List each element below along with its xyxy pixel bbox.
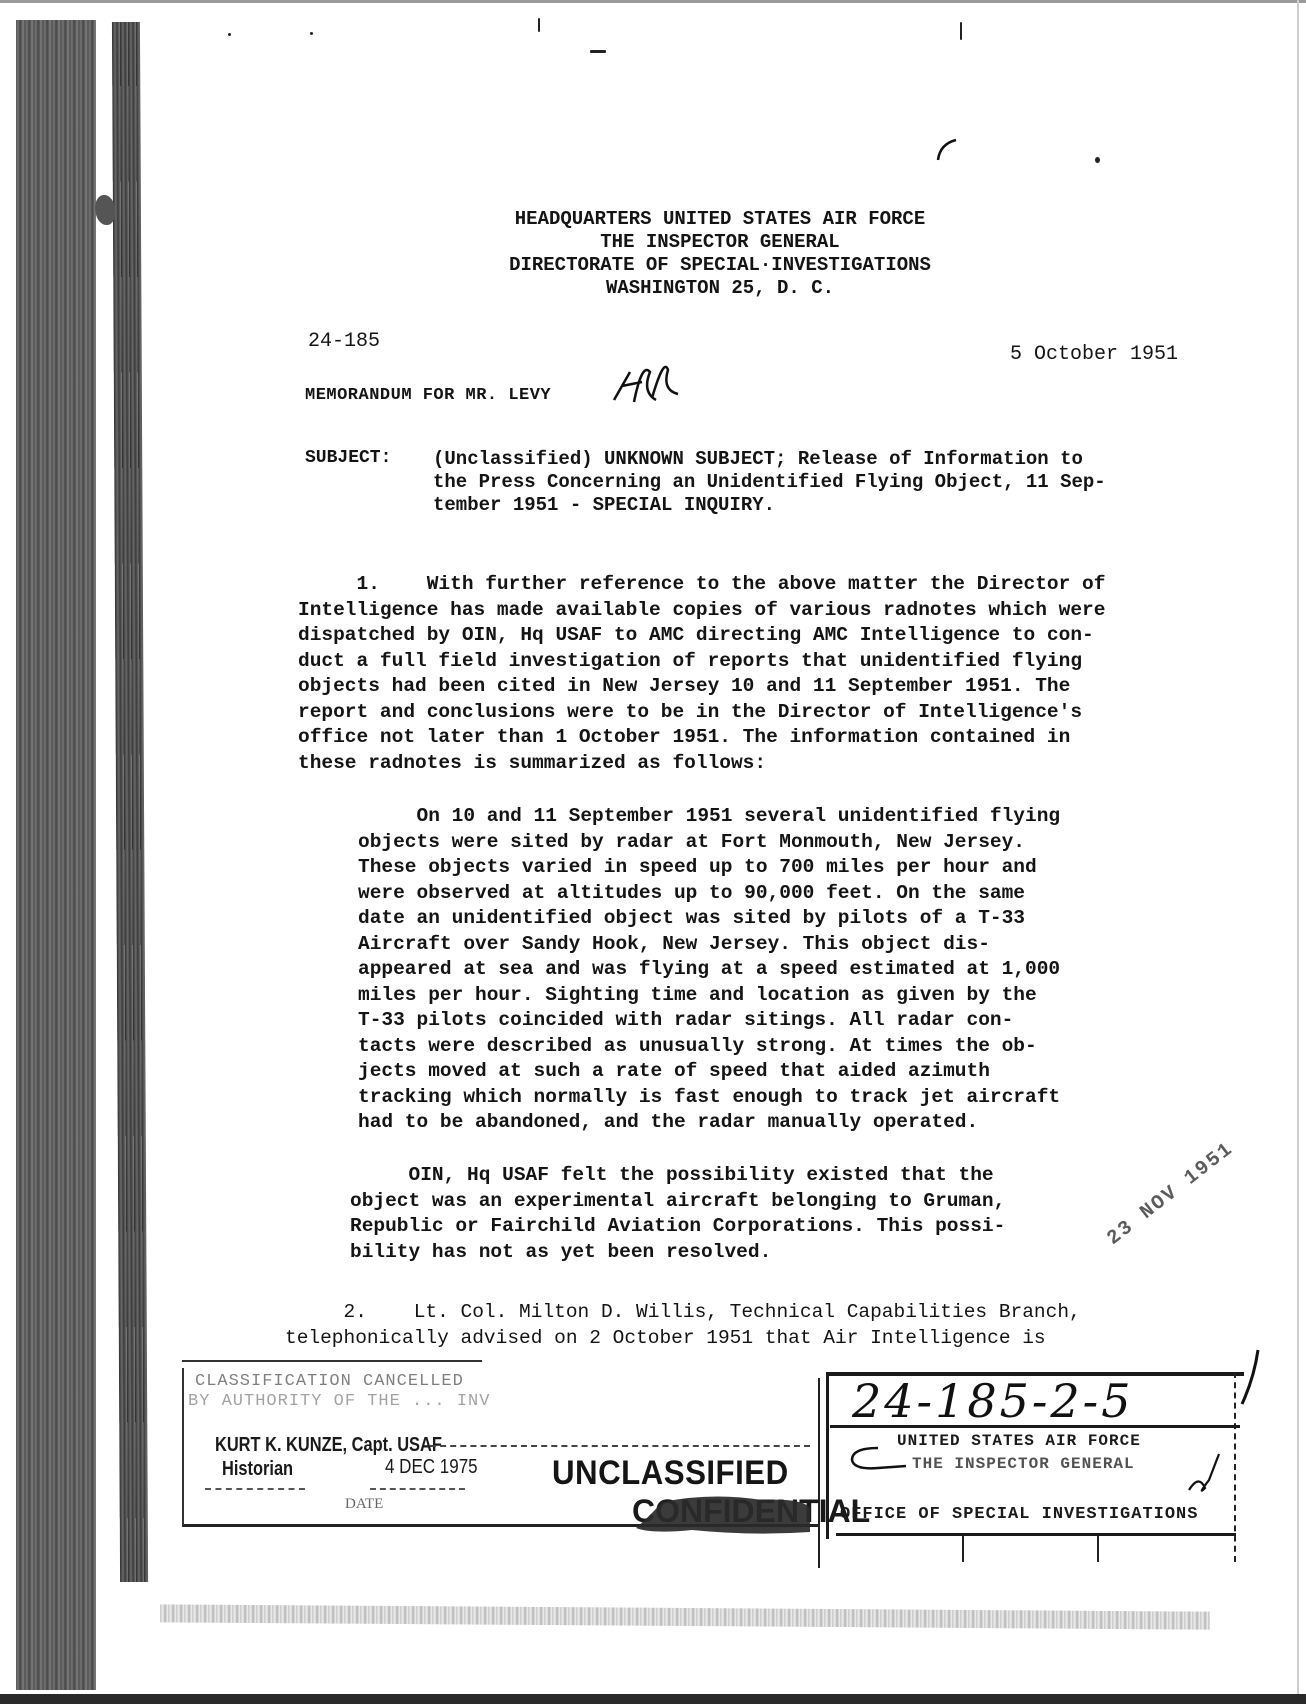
text-line: Aircraft over Sandy Hook, New Jersey. Th… [358, 932, 1060, 958]
subject-label: SUBJECT: [305, 448, 391, 468]
text-line: Intelligence has made available copies o… [298, 598, 1105, 624]
scan-speck [960, 22, 962, 40]
declass-line-1: CLASSIFICATION CANCELLED [195, 1372, 464, 1391]
text-line: objects were sited by radar at Fort Monm… [358, 830, 1060, 856]
scan-speck [1095, 157, 1100, 163]
received-date-stamp: 23 NOV 1951 [1103, 1138, 1239, 1251]
text-line: duct a full field investigation of repor… [298, 649, 1105, 675]
text-line: had to be abandoned, and the radar manua… [358, 1110, 1060, 1136]
osi-stamp-tick [1097, 1536, 1099, 1562]
unclassified-stamp: UNCLASSIFIED [552, 1454, 789, 1493]
handwritten-initial-icon [1185, 1450, 1225, 1500]
declass-date-label: DATE [345, 1496, 383, 1513]
osi-stamp-border [818, 1378, 820, 1568]
reference-number: 24-185 [308, 330, 380, 353]
subject-line: (Unclassified) UNKNOWN SUBJECT; Release … [433, 448, 1193, 471]
text-line: these radnotes is summarized as follows: [298, 751, 1105, 777]
declass-underline [205, 1488, 305, 1490]
pencil-mark-icon [930, 130, 970, 170]
text-line: On 10 and 11 September 1951 several unid… [358, 804, 1060, 830]
text-line: bility has not as yet been resolved. [350, 1240, 1005, 1266]
declass-rule [182, 1360, 482, 1362]
text-line: 1. With further reference to the above m… [298, 572, 1105, 598]
paragraph-1: 1. With further reference to the above m… [298, 572, 1105, 776]
text-line: miles per hour. Sighting time and locati… [358, 983, 1060, 1009]
text-line: tracking which normally is fast enough t… [358, 1085, 1060, 1111]
binding-strip-wide [16, 20, 96, 1690]
memorandum-addressee: MEMORANDUM FOR MR. LEVY [305, 386, 551, 405]
quoted-summary-continued: OIN, Hq USAF felt the possibility existe… [350, 1163, 1005, 1265]
text-line: Republic or Fairchild Aviation Corporati… [350, 1214, 1005, 1240]
text-line: object was an experimental aircraft belo… [350, 1189, 1005, 1215]
declass-signer: KURT K. KUNZE, Capt. USAF [215, 1434, 442, 1457]
letterhead-line-4: WASHINGTON 25, D. C. [440, 277, 1000, 300]
letterhead: HEADQUARTERS UNITED STATES AIR FORCE THE… [440, 208, 1000, 300]
scan-smudge [160, 1604, 1210, 1629]
osi-stamp-rule [836, 1533, 1236, 1536]
subject-line: the Press Concerning an Unidentified Fly… [433, 471, 1193, 494]
declass-line-2: BY AUTHORITY OF THE ... INV [188, 1392, 490, 1411]
text-line: appeared at sea and was flying at a spee… [358, 957, 1060, 983]
text-line: date an unidentified object was sited by… [358, 906, 1060, 932]
text-line: 2. Lt. Col. Milton D. Willis, Technical … [285, 1300, 1081, 1326]
osi-line-2: THE INSPECTOR GENERAL [912, 1455, 1135, 1473]
subject-text: (Unclassified) UNKNOWN SUBJECT; Release … [433, 448, 1193, 517]
text-line: objects had been cited in New Jersey 10 … [298, 674, 1105, 700]
osi-line-1: UNITED STATES AIR FORCE [897, 1432, 1141, 1450]
text-line: OIN, Hq USAF felt the possibility existe… [350, 1163, 1005, 1189]
osi-file-number: 24-185-2-5 [852, 1374, 1134, 1428]
declass-underline [370, 1488, 465, 1490]
handwritten-c-icon [848, 1444, 908, 1474]
letterhead-line-2: THE INSPECTOR GENERAL [440, 231, 1000, 254]
handwritten-initials-icon [612, 352, 682, 412]
osi-line-3: OFFICE OF SPECIAL INVESTIGATIONS [840, 1505, 1198, 1524]
text-line: tacts were described as unusually strong… [358, 1034, 1060, 1060]
memo-date: 5 October 1951 [1010, 343, 1178, 366]
declass-date: 4 DEC 1975 [385, 1456, 478, 1479]
quoted-summary: On 10 and 11 September 1951 several unid… [358, 804, 1060, 1136]
letterhead-line-1: HEADQUARTERS UNITED STATES AIR FORCE [440, 208, 1000, 231]
text-line: jects moved at such a rate of speed that… [358, 1059, 1060, 1085]
scan-speck [310, 32, 313, 35]
scan-right-edge [1297, 0, 1299, 1700]
text-line: were observed at altitudes up to 90,000 … [358, 881, 1060, 907]
scan-top-edge [0, 0, 1306, 3]
scan-speck [538, 18, 540, 32]
subject-line: tember 1951 - SPECIAL INQUIRY. [433, 494, 1193, 517]
redaction-scribble-icon [632, 1494, 812, 1534]
paragraph-2: 2. Lt. Col. Milton D. Willis, Technical … [285, 1300, 1081, 1351]
handwritten-slash-icon [1228, 1348, 1268, 1408]
osi-stamp-tick [962, 1536, 964, 1562]
ink-blot [95, 195, 115, 225]
text-line: office not later than 1 October 1951. Th… [298, 725, 1105, 751]
scan-bottom-edge [0, 1694, 1306, 1704]
scan-speck [228, 33, 231, 36]
declass-dashed-rule [430, 1445, 810, 1447]
text-line: These objects varied in speed up to 700 … [358, 855, 1060, 881]
binding-strip-narrow [112, 22, 148, 1582]
scan-speck [590, 50, 606, 53]
declass-title: Historian [222, 1458, 293, 1481]
text-line: report and conclusions were to be in the… [298, 700, 1105, 726]
text-line: T-33 pilots coincided with radar sitings… [358, 1008, 1060, 1034]
letterhead-line-3: DIRECTORATE OF SPECIAL·INVESTIGATIONS [440, 254, 1000, 277]
text-line: telephonically advised on 2 October 1951… [285, 1326, 1081, 1352]
text-line: dispatched by OIN, Hq USAF to AMC direct… [298, 623, 1105, 649]
